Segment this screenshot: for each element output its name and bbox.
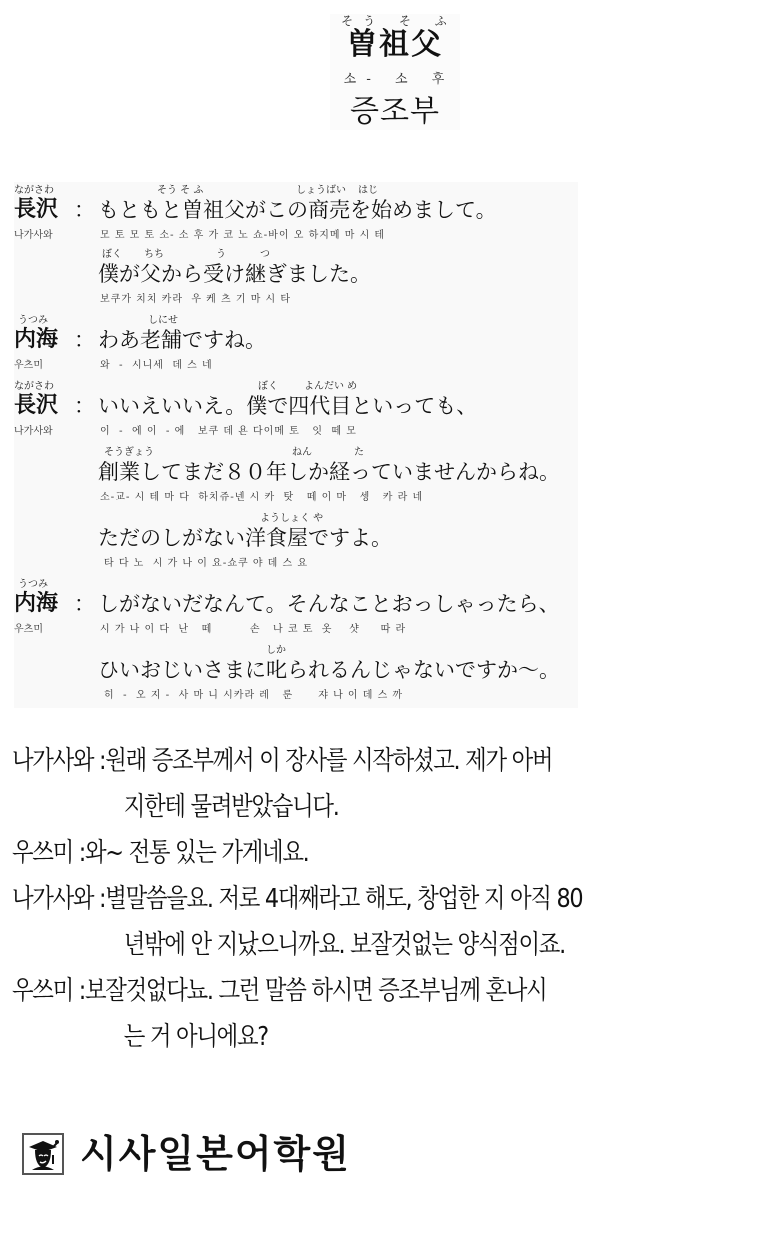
title-kanji: 曽祖父: [330, 28, 460, 62]
dialogue-line-jp: ひいおじいさまに叱られるんじゃないですか～。: [98, 658, 560, 682]
speaker-colon: ：: [74, 328, 95, 352]
dialogue-line-reading: 와 - 시니세 데 스 네: [100, 360, 213, 372]
academy-logo: 시사일본어학원: [22, 1132, 351, 1176]
speaker-name-jp: 内海: [14, 592, 58, 616]
translation-speaker: 나가사와 :: [12, 738, 105, 784]
speaker-colon: ：: [74, 592, 95, 616]
dialogue-line-reading: 소-교- 시 테 마 다 하치쥬-넨 시 카 탓 떼 이 마 셍 카 라 네: [100, 492, 423, 504]
speaker-name-jp: 内海: [14, 328, 58, 352]
dialogue-line-jp: わあ老舗ですね。: [98, 328, 266, 352]
dialogue-line-reading: 모 토 모 토 소- 소 후 가 코 노 쇼-바이 오 하지메 마 시 테: [100, 230, 385, 242]
furigana: ぼく: [102, 250, 122, 260]
furigana: はじ: [358, 186, 378, 196]
dialogue-line-jp: もともと曽祖父がこの商売を始めまして。: [98, 198, 497, 222]
furigana: ねん: [292, 448, 312, 458]
dialogue-line-reading: 이 - 에 이 - 에 보쿠 데 욘 다이메 토 잇 떼 모: [100, 426, 357, 438]
furigana: しょうばい: [296, 186, 346, 196]
speaker-name-jp: 長沢: [14, 394, 58, 418]
dialogue-line-jp: いいえいいえ。僕で四代目といっても、: [98, 394, 477, 418]
academy-name: 시사일본어학원: [80, 1132, 351, 1176]
furigana: そうぎょう: [104, 448, 154, 458]
korean-translation: 나가사와 : 원래 증조부께서 이 장사를 시작하셨고. 제가 아버 지한테 물…: [12, 738, 772, 1060]
translation-row-continued: 년밖에 안 지났으니까요. 보잘것없는 양식점이죠.: [12, 922, 666, 968]
dialogue-line-reading: 히 - 오 지 - 사 마 니 시카라 레 룬 쟈 나 이 데 스 까: [104, 690, 403, 702]
speaker-name-kr: 우츠미: [14, 360, 43, 372]
translation-row-continued: 는 거 아니에요?: [12, 1014, 666, 1060]
dialogue-line-reading: 시 가 나 이 다 난 떼 손 나 코 토 옷 샷 따 라: [100, 624, 406, 636]
furigana: ようしょく や: [260, 514, 323, 524]
speaker-name-kr: 나가사와: [14, 426, 53, 438]
graduate-mascot-icon: [22, 1133, 64, 1175]
dialogue-line-reading: 타 다 노 시 가 나 이 요-쇼쿠 야 데 스 요: [104, 558, 308, 570]
title-korean-meaning: 증조부: [330, 94, 460, 130]
dialogue-line-jp: しがないだなんて。そんなことおっしゃったら、: [98, 592, 560, 616]
speaker-name-jp: 長沢: [14, 198, 58, 222]
furigana: しか: [266, 646, 286, 656]
speaker-furigana: うつみ: [18, 316, 48, 326]
vocab-title-block: そう そ ふ 曽祖父 소- 소 후 증조부: [330, 14, 460, 130]
furigana: よんだい め: [304, 382, 357, 392]
furigana: た: [354, 448, 364, 458]
speaker-furigana: ながさわ: [14, 382, 54, 392]
speaker-name-kr: 우츠미: [14, 624, 43, 636]
dialogue-line-jp: 僕が父から受け継ぎました。: [98, 262, 371, 286]
title-korean-reading: 소- 소 후: [338, 72, 460, 88]
japanese-dialogue-panel: ながさわ 長沢 ： 나가사와 そう そ ふ しょうばい はじ もともと曽祖父がこ…: [14, 182, 578, 708]
speaker-name-kr: 나가사와: [14, 230, 53, 242]
dialogue-line-jp: ただのしがない洋食屋ですよ。: [98, 526, 392, 550]
translation-text: 와~ 전통 있는 가게네요.: [85, 838, 309, 868]
dialogue-line-reading: 보쿠가 치치 카라 우 케 츠 기 마 시 타: [100, 294, 291, 306]
translation-speaker: 나가사와 :: [12, 876, 105, 922]
translation-row: 나가사와 : 원래 증조부께서 이 장사를 시작하셨고. 제가 아버: [12, 738, 666, 784]
furigana: しにせ: [148, 316, 178, 326]
title-furigana: そう そ ふ: [338, 14, 460, 28]
furigana: ぼく: [258, 382, 278, 392]
translation-speaker: 우쓰미 :: [12, 830, 85, 876]
speaker-colon: ：: [74, 394, 95, 418]
translation-row-continued: 지한테 물려받았습니다.: [12, 784, 666, 830]
furigana: ちち: [144, 250, 164, 260]
furigana: つ: [260, 250, 270, 260]
dialogue-line-jp: 創業してまだ８０年しか経っていませんからね。: [98, 460, 560, 484]
translation-speaker: 우쓰미 :: [12, 968, 85, 1014]
speaker-colon: ：: [74, 198, 95, 222]
speaker-furigana: うつみ: [18, 580, 48, 590]
translation-text: 보잘것없다뇨. 그런 말씀 하시면 증조부님께 혼나시: [85, 976, 546, 1006]
furigana: そう そ ふ: [157, 186, 203, 196]
furigana: う: [216, 250, 226, 260]
translation-row: 우쓰미 : 보잘것없다뇨. 그런 말씀 하시면 증조부님께 혼나시: [12, 968, 666, 1014]
translation-text: 원래 증조부께서 이 장사를 시작하셨고. 제가 아버: [105, 746, 552, 776]
translation-row: 우쓰미 : 와~ 전통 있는 가게네요.: [12, 830, 666, 876]
translation-text: 별말씀을요. 저로 4대째라고 해도, 창업한 지 아직 80: [105, 884, 582, 914]
translation-row: 나가사와 : 별말씀을요. 저로 4대째라고 해도, 창업한 지 아직 80: [12, 876, 666, 922]
speaker-furigana: ながさわ: [14, 186, 54, 196]
